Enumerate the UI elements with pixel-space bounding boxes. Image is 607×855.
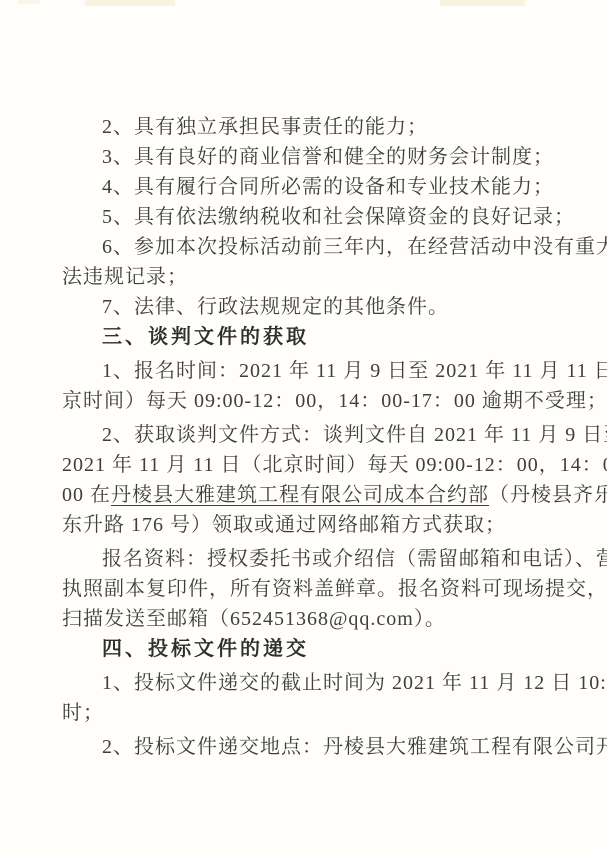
text-segment: （丹棱县齐乐镇 bbox=[489, 484, 607, 506]
text-line: 1、投标文件递交的截止时间为 2021 年 11 月 12 日 10:00 bbox=[62, 668, 548, 698]
text-line: 东升路 176 号）领取或通过网络邮箱方式获取； bbox=[62, 510, 548, 540]
text-line: 2021 年 11 月 11 日（北京时间）每天 09:00-12：00，14：… bbox=[62, 450, 548, 480]
text-line: 1、报名时间：2021 年 11 月 9 日至 2021 年 11 月 11 日… bbox=[62, 356, 548, 386]
text-line: 报名资料：授权委托书或介绍信（需留邮箱和电话）、营业 bbox=[62, 544, 548, 574]
text-line: 2、投标文件递交地点：丹棱县大雅建筑工程有限公司开标 bbox=[62, 732, 548, 762]
text-line: 7、法律、行政法规规定的其他条件。 bbox=[62, 292, 548, 322]
section-heading-bid-submission: 四、投标文件的递交 bbox=[62, 634, 548, 664]
scan-artifact-band bbox=[440, 0, 525, 6]
text-line: 扫描发送至邮箱（652451368@qq.com）。 bbox=[62, 604, 548, 634]
section-heading-negotiation-documents: 三、谈判文件的获取 bbox=[62, 322, 548, 352]
text-line: 时； bbox=[62, 698, 548, 728]
text-line: 3、具有良好的商业信誉和健全的财务会计制度； bbox=[62, 142, 548, 172]
text-line: 法违规记录； bbox=[62, 262, 548, 292]
document-body: 2、具有独立承担民事责任的能力； 3、具有良好的商业信誉和健全的财务会计制度； … bbox=[62, 112, 548, 762]
text-line: 6、参加本次投标活动前三年内，在经营活动中没有重大违 bbox=[62, 232, 548, 262]
text-line-with-underline: 00 在丹棱县大雅建筑工程有限公司成本合约部（丹棱县齐乐镇 bbox=[62, 480, 548, 510]
text-line: 5、具有依法缴纳税收和社会保障资金的良好记录； bbox=[62, 202, 548, 232]
scanned-document-page: 2、具有独立承担民事责任的能力； 3、具有良好的商业信誉和健全的财务会计制度； … bbox=[0, 0, 607, 855]
underlined-company-name: 丹棱县大雅建筑工程有限公司成本合约部 bbox=[111, 484, 489, 506]
scan-artifact-band bbox=[85, 0, 175, 6]
text-line: 2、具有独立承担民事责任的能力； bbox=[62, 112, 548, 142]
text-line: 执照副本复印件，所有资料盖鲜章。报名资料可现场提交，也可 bbox=[62, 574, 548, 604]
text-line: 2、获取谈判文件方式：谈判文件自 2021 年 11 月 9 日至 bbox=[62, 420, 548, 450]
text-segment: 00 在 bbox=[62, 484, 111, 506]
scan-artifact-band bbox=[18, 0, 40, 4]
text-line: 京时间）每天 09:00-12：00，14：00-17：00 逾期不受理； bbox=[62, 386, 548, 416]
text-line: 4、具有履行合同所必需的设备和专业技术能力； bbox=[62, 172, 548, 202]
